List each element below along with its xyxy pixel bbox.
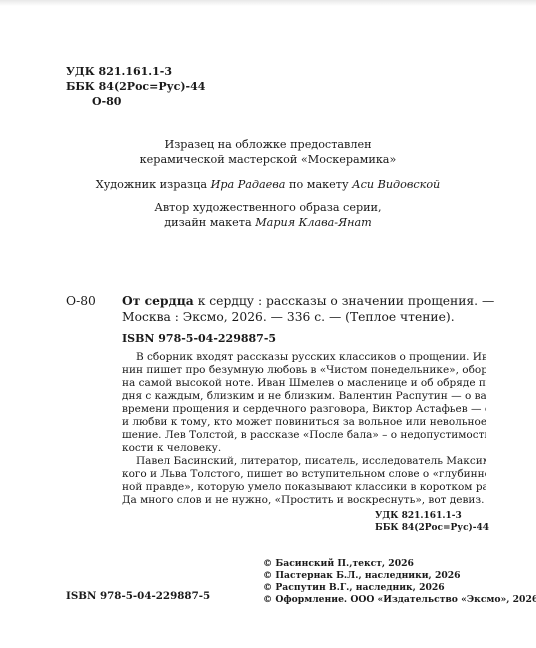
tile-artist-credit: Художник изразца Ира Радаева по макету А…	[0, 177, 536, 192]
annotation-line: кого и Льва Толстого, пишет во вступител…	[122, 468, 486, 481]
footer-classification: УДК 821.161.1-3 ББК 84(2Рос=Рус)-44	[375, 510, 489, 534]
footer-udk: УДК 821.161.1-3	[375, 510, 489, 522]
copyright-line: © Басинский П.,текст, 2026	[263, 558, 536, 570]
annotation-line: кости к человеку.	[122, 442, 486, 455]
udk-code: УДК 821.161.1-3	[66, 64, 205, 79]
cover-tile-line-1: Изразец на обложке предоставлен	[0, 137, 536, 152]
series-designer-name: Мария Клава-Янат	[255, 216, 372, 229]
footer-isbn: ISBN 978-5-04-229887-5	[66, 590, 210, 602]
annotation-line: и любви к тому, кто может повиниться за …	[122, 416, 486, 429]
copyright-line: © Оформление. ООО «Издательство «Эксмо»,…	[263, 594, 536, 606]
bbk-code: ББК 84(2Рос=Рус)-44	[66, 79, 205, 94]
classification-block: УДК 821.161.1-3 ББК 84(2Рос=Рус)-44 О-80	[66, 64, 205, 109]
annotation-line: времени прощения и сердечного разговора,…	[122, 403, 486, 416]
layout-author-name: Аси Видовской	[352, 178, 440, 191]
copyright-block: © Басинский П.,текст, 2026 © Пастернак Б…	[263, 558, 536, 606]
catalog-title-rest: к сердцу : рассказы о значении прощения.…	[194, 294, 495, 308]
copyright-line: © Пастернак Б.Л., наследники, 2026	[263, 570, 536, 582]
annotation-line: дня с каждым, близким и не близким. Вале…	[122, 390, 486, 403]
tile-artist-name: Ира Радаева	[211, 178, 286, 191]
series-design-credit: Автор художественного образа серии, диза…	[0, 200, 536, 230]
catalog-imprint: Москва : Эксмо, 2026. — 336 с. — (Теплое…	[66, 309, 494, 325]
catalog-entry: О-80От сердца к сердцу : рассказы о знач…	[66, 293, 494, 325]
page-top-shadow	[0, 0, 536, 6]
catalog-code: О-80	[66, 293, 122, 309]
author-mark: О-80	[66, 94, 205, 109]
series-design-prefix: дизайн макета	[164, 216, 255, 229]
annotation-line: шение. Лев Толстой, в рассказе «После ба…	[122, 429, 486, 442]
series-design-line-1: Автор художественного образа серии,	[0, 200, 536, 215]
annotation-line: нин пишет про безумную любовь в «Чистом …	[122, 364, 486, 377]
annotation-line: Павел Басинский, литератор, писатель, ис…	[122, 455, 486, 468]
cover-tile-credit: Изразец на обложке предоставлен керамиче…	[0, 137, 536, 167]
copyright-line: © Распутин В.Г., наследник, 2026	[263, 582, 536, 594]
annotation-line: на самой высокой ноте. Иван Шмелев о мас…	[122, 377, 486, 390]
annotation-paragraph-1: В сборник входят рассказы русских класси…	[122, 351, 486, 455]
tile-artist-prefix: Художник изразца	[96, 178, 211, 191]
annotation-paragraph-2: Павел Басинский, литератор, писатель, ис…	[122, 455, 486, 507]
catalog-title-bold: От сердца	[122, 293, 194, 308]
annotation-line: В сборник входят рассказы русских класси…	[122, 351, 486, 364]
catalog-isbn: ISBN 978-5-04-229887-5	[122, 332, 276, 345]
footer-bbk: ББК 84(2Рос=Рус)-44	[375, 522, 489, 534]
annotation-line: Да много слов и не нужно, «Простить и во…	[122, 494, 486, 507]
tile-artist-middle: по макету	[285, 178, 352, 191]
cover-tile-line-2: керамической мастерской «Москерамика»	[0, 152, 536, 167]
annotation-line: ной правде», которую умело показывают кл…	[122, 481, 486, 494]
